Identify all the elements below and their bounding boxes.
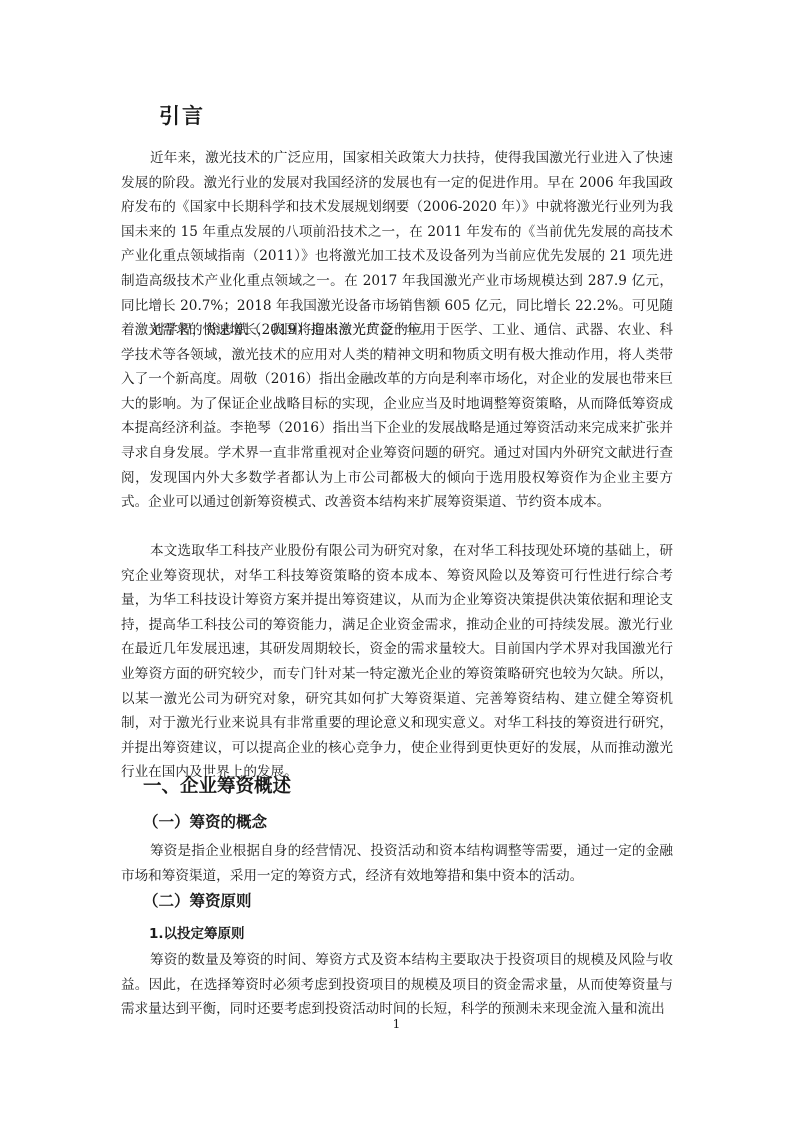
concept-paragraph: 筹资是指企业根据自身的经营情况、投资活动和资本结构调整等需要，通过一定的金融市场… — [121, 839, 673, 888]
intro-heading: 引言 — [159, 100, 205, 130]
subsection-heading-concept: （一）筹资的概念 — [143, 810, 267, 832]
principle-1-paragraph: 筹资的数量及筹资的时间、筹资方式及资本结构主要取决于投资项目的规模及风险与收益。… — [121, 948, 673, 1022]
intro-paragraph-2: 刘学智，徐志斌（2019）指出激光广泛的应用于医学、工业、通信、武器、农业、科学… — [121, 318, 673, 515]
page-number: 1 — [0, 1017, 793, 1031]
intro-paragraph-1: 近年来，激光技术的广泛应用，国家相关政策大力扶持，使得我国激光行业进入了快速发展… — [121, 146, 673, 343]
subsection-heading-principles: （二）筹资原则 — [143, 889, 252, 911]
section-heading-1: 一、企业筹资概述 — [143, 772, 291, 798]
principle-1-heading: 1.以投定筹原则 — [149, 922, 245, 942]
intro-paragraph-3: 本文选取华工科技产业股份有限公司为研究对象，在对华工科技现处环境的基础上，研究企… — [121, 539, 673, 785]
